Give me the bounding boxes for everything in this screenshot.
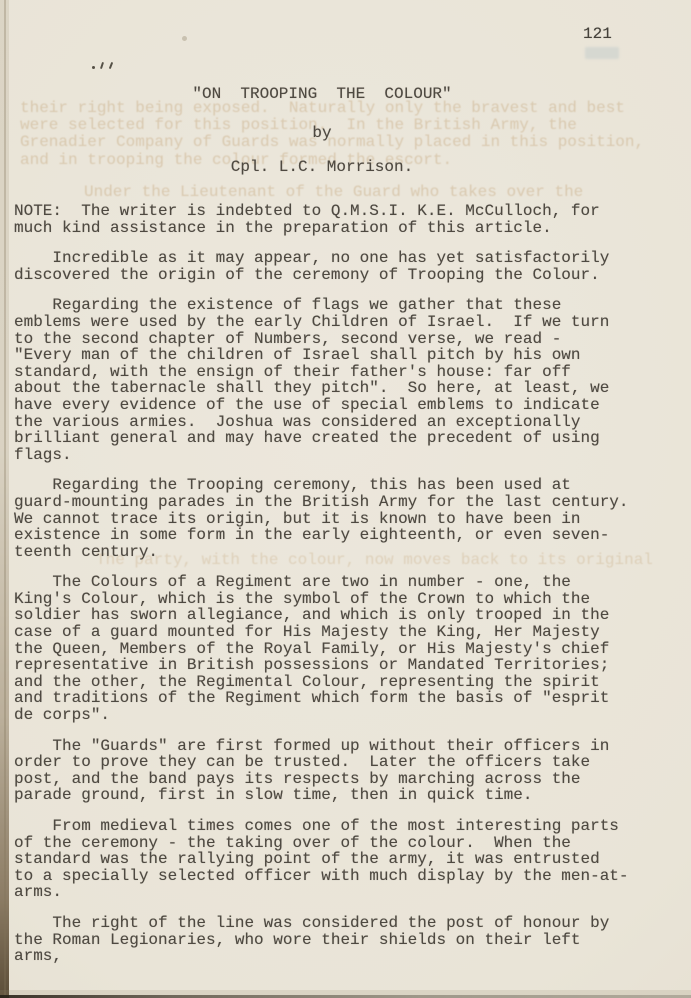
page-edge-crease — [4, 0, 6, 998]
paragraph: Regarding the existence of flags we gath… — [14, 297, 630, 463]
paragraph: From medieval times comes one of the mos… — [14, 818, 630, 901]
author-name: Cpl. L.C. Morrison. — [14, 159, 630, 176]
article-body: NOTE: The writer is indebted to Q.M.S.I.… — [14, 203, 630, 965]
paragraph: The Colours of a Regiment are two in num… — [14, 574, 630, 723]
paragraph: The "Guards" are first formed up without… — [14, 738, 630, 804]
paragraph: The right of the line was considered the… — [14, 915, 630, 965]
paragraph: Regarding the Trooping ceremony, this ha… — [14, 477, 630, 560]
paragraph: NOTE: The writer is indebted to Q.M.S.I.… — [14, 203, 630, 236]
paragraph: Incredible as it may appear, no one has … — [14, 250, 630, 283]
article: "ON TROOPING THE COLOUR" by Cpl. L.C. Mo… — [14, 0, 630, 979]
document-page: their right being exposed. Naturally onl… — [0, 0, 691, 998]
article-title: "ON TROOPING THE COLOUR" — [14, 86, 630, 103]
byline: by — [14, 125, 630, 142]
